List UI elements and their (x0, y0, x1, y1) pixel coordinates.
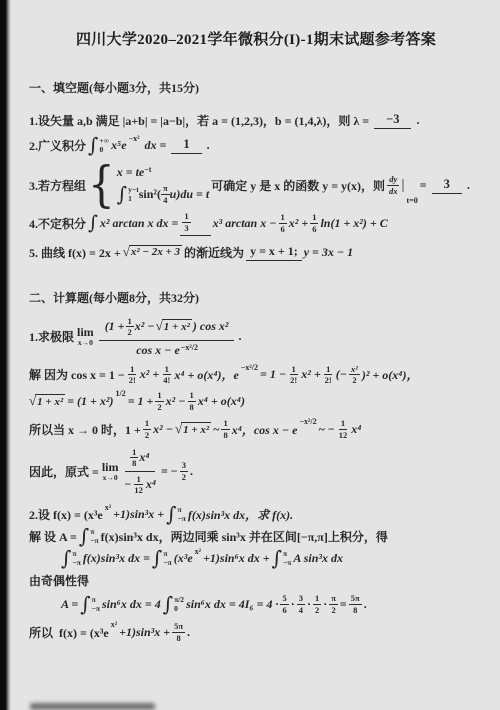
solution-1-line-1: 解 因为 cos x = 1 − 1 2! x² + 1 4! x⁴ + o(x… (28, 364, 484, 386)
term: 解 设 A = (29, 528, 77, 545)
fraction: 1 8 (188, 390, 196, 412)
fraction-numerator: 3 (180, 460, 188, 472)
term: x² − (135, 319, 155, 334)
exponent: −t (144, 166, 151, 174)
fraction: 1 2 (155, 390, 163, 412)
integral-sign-icon: ∫ (79, 526, 89, 546)
exponent: −x²/2 (299, 418, 316, 426)
term: x⁴ + o(x⁴)，e (174, 366, 239, 383)
fraction-numerator: π (329, 593, 338, 605)
fraction-numerator: 5π (349, 593, 362, 605)
fraction-numerator: 1 (290, 364, 298, 376)
question-3-period: . (464, 178, 470, 193)
term: = (1 + x²) (67, 394, 113, 409)
term: 2.设 f(x) = (x³e (29, 506, 103, 523)
exponent: x² (111, 621, 117, 629)
term: = 1 − (260, 367, 286, 382)
problem-1-period: . (238, 329, 241, 344)
integral-sign-icon: ∫ (80, 594, 90, 614)
term: ~ (213, 422, 219, 437)
question-3-equals: = (420, 178, 430, 193)
dot-operator: · (291, 597, 295, 612)
fraction-denominator: 2 (350, 375, 358, 386)
square-root: √ 1 + x² (175, 422, 211, 436)
fraction-numerator: dy (387, 174, 399, 186)
radicand: 1 + x² (35, 394, 65, 408)
integral-upper: y−t (128, 185, 139, 194)
system-row-1-body: x = te (117, 165, 145, 180)
fraction-numerator: 1 (155, 390, 163, 402)
fraction: 5 6 (280, 593, 288, 615)
integral-sign-icon: ∫ (88, 214, 98, 233)
solution-2-a-value: A = ∫ π−π sin⁶x dx = 4 ∫ π/20 sin⁶x dx =… (60, 593, 484, 615)
fraction: 1 6 (279, 212, 287, 234)
term: A = (61, 597, 78, 612)
integral-upper: π (72, 549, 80, 558)
term: x⁴ (351, 422, 361, 437)
question-2-text: 2.广义积分 (29, 137, 86, 154)
exponent: 1/2 (115, 390, 125, 398)
integral-limits: π−π (90, 527, 98, 546)
integral-sign-icon: ∫ (117, 184, 127, 204)
solution-2-parity-note: 由奇偶性得 (28, 572, 484, 589)
integral: ∫ π−π (61, 548, 81, 568)
term: x² + (301, 367, 320, 382)
solution-2-equation: ∫ π−π f(x)sin³x dx = ∫ π−π (x³e x² +1)si… (60, 548, 484, 568)
fraction: 5π 8 (349, 593, 362, 615)
integral-upper: π (178, 505, 186, 514)
problem-1: 1.求极限 lim x→0 (1 + 1 2 x² − √ 1 + x² ) c… (28, 316, 484, 358)
question-3-text: 3.若方程组 (29, 177, 86, 194)
scan-artifact-smudge (30, 703, 155, 710)
term: cos x − e (136, 343, 180, 358)
fraction: 1 3 (182, 211, 190, 233)
fraction: 1 2! (288, 364, 299, 386)
question-4-term-2: x² + (289, 216, 308, 231)
integral: ∫ y−t1 (117, 184, 139, 204)
integral-sign-icon: ∫ (163, 594, 173, 614)
term: f(x)sin³x dx，两边同乘 sin³x 并在区间[−π,π]上积分，得 (101, 528, 388, 545)
solution-1-line-3: 所以当 x → 0 时，1 + 1 2 x² − √ 1 + x² ~ 1 8 … (28, 418, 484, 440)
fraction-numerator: 1 (279, 212, 287, 224)
integral: ∫ π−π (79, 526, 99, 546)
term: x⁴ + o(x⁴) (198, 394, 245, 409)
question-1: 1.设矢量 a,b 满足 |a+b| = |a−b|，若 a = (1,2,3)… (28, 112, 484, 129)
fraction-denominator: 4 (297, 605, 305, 616)
solution-2-line-1: 解 设 A = ∫ π−π f(x)sin³x dx，两边同乘 sin³x 并在… (28, 526, 484, 546)
radicand: 1 + x² (162, 319, 192, 333)
fraction-denominator: 2 (180, 472, 188, 483)
fraction-numerator: 1 (324, 364, 332, 376)
integral-limits: π−π (92, 595, 100, 614)
problem-2: 2.设 f(x) = (x³e x² +1)sin³x + ∫ π−π f(x)… (28, 504, 484, 524)
term: ~ − (319, 422, 335, 437)
limit: lim x→0 (77, 326, 94, 347)
evaluation-bar-icon: | (402, 177, 405, 194)
system-row-2-du: du = t (180, 187, 209, 202)
exponent: −x² (129, 135, 140, 143)
system-row-1: x = te −t (117, 165, 209, 180)
system-row-2-sin: sin²( (139, 187, 161, 202)
term: x⁴，cos x − e (232, 421, 298, 438)
term: (− (336, 367, 347, 382)
fraction-denominator: 8 (221, 430, 229, 441)
term: x² − (166, 394, 186, 409)
integral: ∫ +∞0 (88, 135, 109, 155)
term: +1)sin³x + (119, 625, 170, 640)
fraction-numerator: 5 (280, 593, 288, 605)
integral: ∫ π−π (152, 548, 172, 568)
question-5-answer-blank: y = x + 1; (246, 244, 302, 261)
fraction: 1 8 (221, 418, 229, 440)
integral-upper: +∞ (99, 136, 109, 145)
question-1-answer-blank: −3 (374, 112, 411, 129)
page-left-dark-edge (0, 0, 11, 710)
system-row-2: ∫ y−t1 sin²( π 4 u) du = t (117, 183, 209, 205)
question-4-term-1: x³ arctan x − (213, 216, 277, 231)
fraction: 1 2 (126, 316, 134, 338)
term: − (125, 477, 132, 492)
term: +1)sin⁶x dx + (203, 551, 270, 566)
integral-limits: π−π (178, 505, 186, 524)
term: )² + o(x⁴)， (362, 366, 419, 383)
fraction-denominator: 8 (351, 605, 359, 616)
fraction-numerator: 1 (134, 474, 142, 486)
integral-limits: y−t1 (128, 185, 139, 204)
system-row-2-u: u) (170, 187, 181, 202)
fraction: 1 2! (127, 364, 138, 386)
term: 所以 f(x) = (x³e (29, 624, 109, 641)
integral-lower: −π (163, 558, 171, 567)
limit: lim x→0 (102, 461, 119, 482)
exponent: −x²/2 (241, 364, 258, 372)
question-4: 4.不定积分 ∫ x² arctan x dx = 1 3 x³ arctan … (28, 211, 484, 235)
term: = 1 + (128, 394, 154, 409)
fraction-numerator: 1 (188, 390, 196, 402)
limit-subscript: x→0 (78, 339, 93, 347)
limit-subscript: x→0 (103, 474, 118, 482)
fraction-denominator: 2 (155, 402, 163, 413)
integral-limits: π−π (283, 549, 291, 568)
fraction-denominator: 6 (279, 224, 287, 235)
integral-lower: −π (178, 514, 186, 523)
fraction-numerator: 1 (163, 364, 171, 376)
derivative-fraction: dy dx (387, 174, 400, 196)
term: A sin³x dx (293, 551, 343, 566)
fraction-denominator: 2 (329, 605, 337, 616)
question-2-answer-blank: 1 (171, 137, 201, 154)
question-4-answer-underline: 1 3 (180, 211, 210, 235)
fraction-numerator: 1 (339, 418, 347, 430)
limit-symbol: lim (77, 326, 94, 338)
integral: ∫ π−π (80, 594, 100, 614)
fraction-numerator: 1 (310, 212, 318, 224)
document-title: 四川大学2020–2021学年微积分(I)-1期末试题参考答案 (28, 28, 484, 49)
integral-limits: +∞0 (99, 136, 109, 155)
question-5: 5. 曲线 f(x) = 2x + √ x² − 2x + 3 的渐近线为 y … (28, 244, 484, 261)
fraction-numerator: x² (349, 364, 360, 376)
term: ) cos x² (193, 319, 229, 334)
integral-sign-icon: ∫ (166, 504, 176, 524)
integral-sign-icon: ∫ (61, 548, 71, 568)
question-4-text: 4.不定积分 (29, 215, 86, 232)
integral-upper: π (163, 549, 171, 558)
fraction-denominator: 2! (288, 375, 299, 386)
display-fraction-numerator: 1 8 x⁴ (125, 447, 155, 472)
display-fraction-numerator: (1 + 1 2 x² − √ 1 + x² ) cos x² (99, 316, 235, 341)
evaluation-point: t=0 (407, 197, 418, 205)
square-root: √ x² − 2x + 3 (123, 245, 182, 259)
integral-limits: π−π (72, 549, 80, 568)
exam-answer-document: 四川大学2020–2021学年微积分(I)-1期末试题参考答案 一、填空题(每小… (28, 0, 484, 644)
section-2-heading-text: 二、计算题(每小题8分，共32分) (29, 289, 199, 306)
fraction: x² 2 (349, 364, 360, 386)
fraction: 1 2 (313, 593, 321, 615)
question-2-integrand: x⁵e (111, 138, 127, 153)
fraction: 1 2 (143, 418, 151, 440)
fraction: 1 4! (161, 364, 172, 386)
term: +1)sin³x + (113, 507, 164, 522)
solution-1-line-2: √ 1 + x² = (1 + x²) 1/2 = 1 + 1 2 x² − 1… (28, 390, 484, 412)
fraction-denominator: dx (387, 186, 400, 197)
fraction-denominator: 8 (174, 633, 182, 644)
fraction-numerator: 1 (313, 593, 321, 605)
parity-note-text: 由奇偶性得 (29, 572, 89, 589)
integral-lower: −π (90, 536, 98, 545)
fraction: 1 8 (130, 447, 138, 469)
term: x² − (153, 422, 173, 437)
term: (1 + (105, 319, 125, 334)
fraction: 5π 8 (172, 621, 185, 643)
term: = (340, 597, 347, 612)
term: (x³e (174, 551, 193, 566)
integral-limits: π−π (163, 549, 171, 568)
question-5-mid-text: 的渐近线为 (184, 244, 244, 261)
integral-upper: π (283, 549, 291, 558)
question-4-integrand: x² arctan x dx = (100, 216, 178, 231)
term: 因此，原式 = (29, 463, 99, 480)
integral-lower: −π (92, 604, 100, 613)
integral-lower: 0 (99, 145, 109, 154)
fraction-numerator: 3 (297, 593, 305, 605)
question-2: 2.广义积分 ∫ +∞0 x⁵e −x² dx = 1 . (28, 135, 484, 155)
period: . (187, 625, 190, 640)
square-root: √ 1 + x² (156, 319, 192, 333)
fraction-denominator: 2 (313, 605, 321, 616)
integral: ∫ π−π (166, 504, 186, 524)
term: x² + (140, 367, 159, 382)
left-brace-icon: { (88, 165, 115, 206)
display-fraction-denominator: cos x − e −x²/2 (135, 341, 198, 358)
fraction: 3 2 (180, 460, 188, 482)
fraction-numerator: 1 (221, 418, 229, 430)
square-root: √ 1 + x² (29, 394, 65, 408)
fraction-numerator: 1 (130, 447, 138, 459)
fraction: 1 12 (337, 418, 350, 440)
fraction-denominator: 8 (130, 458, 138, 469)
fraction-denominator: 2 (143, 430, 151, 441)
integral-lower: −π (283, 558, 291, 567)
dot-operator: · (323, 597, 327, 612)
question-3-answer-blank: 3 (432, 177, 462, 194)
integral-limits: π/20 (174, 595, 184, 614)
display-fraction-denominator: − 1 12 x⁴ (124, 472, 158, 496)
integral-sign-icon: ∫ (272, 548, 282, 568)
integral-upper: π (90, 527, 98, 536)
question-1-text: 1.设矢量 a,b 满足 |a+b| = |a−b|，若 a = (1,2,3)… (29, 112, 372, 129)
question-3: 3.若方程组 { x = te −t ∫ y−t1 sin²( π 4 u) d… (28, 165, 484, 205)
integral-lower: 1 (128, 194, 139, 203)
fraction: 3 4 (297, 593, 305, 615)
fraction-denominator: 4 (161, 195, 169, 206)
question-2-period: . (204, 138, 210, 153)
integral-upper: π (92, 595, 100, 604)
fraction-denominator: 6 (280, 605, 288, 616)
integral-lower: 0 (174, 604, 184, 613)
display-fraction: (1 + 1 2 x² − √ 1 + x² ) cos x² cos x − … (99, 316, 235, 358)
limit-symbol: lim (102, 461, 119, 473)
fraction-denominator: 2! (127, 375, 138, 386)
radicand: 1 + x² (181, 422, 211, 436)
fraction-denominator: 8 (188, 402, 196, 413)
fraction-numerator: 5π (172, 621, 185, 633)
term: = − (161, 464, 178, 479)
term: 所以当 x → 0 时，1 + (29, 421, 141, 438)
fraction: π 2 (329, 593, 338, 615)
term: f(x)sin³x dx，求 f(x). (188, 506, 293, 523)
term: x⁴ (146, 477, 156, 492)
integral-sign-icon: ∫ (152, 548, 162, 568)
section-1-heading-text: 一、填空题(每小题3分，共15分) (29, 79, 199, 96)
fraction: π 4 (161, 183, 170, 205)
fraction-numerator: 1 (126, 316, 134, 328)
term: sin⁶x dx = 4 (102, 597, 161, 612)
exponent: −x²/2 (181, 344, 198, 352)
fraction-denominator: 12 (132, 485, 145, 496)
period: . (190, 464, 193, 479)
display-fraction: 1 8 x⁴ − 1 12 x⁴ (124, 447, 158, 497)
term: x⁴ (139, 450, 149, 465)
fraction-numerator: 1 (143, 418, 151, 430)
question-4-term-3: ln(1 + x²) + C (320, 216, 387, 231)
question-2-dx: dx = (142, 138, 170, 153)
integral: ∫ π/20 (163, 594, 184, 614)
fraction-denominator: 3 (182, 223, 190, 234)
fraction-denominator: 4! (161, 375, 172, 386)
radicand: x² − 2x + 3 (129, 245, 182, 259)
fraction: 1 2! (323, 364, 334, 386)
fraction-denominator: 2 (126, 327, 134, 338)
question-1-period: . (413, 113, 419, 128)
integral-lower: −π (72, 558, 80, 567)
integral-sign-icon: ∫ (88, 135, 98, 155)
solution-1-line-4: 因此，原式 = lim x→0 1 8 x⁴ − 1 12 x⁴ = − (28, 447, 484, 497)
question-5-answer-2: y = 3x − 1 (304, 245, 353, 260)
fraction-denominator: 6 (310, 224, 318, 235)
integral: ∫ π−π (272, 548, 292, 568)
question-5-text: 5. 曲线 f(x) = 2x + (29, 244, 121, 261)
fraction-numerator: 1 (128, 364, 136, 376)
integral-upper: π/2 (174, 595, 184, 604)
equation-system: x = te −t ∫ y−t1 sin²( π 4 u) du = t (117, 165, 209, 205)
term: 解 因为 cos x = 1 − (29, 366, 125, 383)
fraction-numerator: π (161, 183, 170, 195)
section-1-heading: 一、填空题(每小题3分，共15分) (28, 79, 484, 96)
fraction: 1 6 (310, 212, 318, 234)
dot-operator: · (307, 597, 311, 612)
problem-1-text: 1.求极限 (29, 328, 74, 345)
exponent: x² (195, 548, 201, 556)
term: f(x)sin³x dx = (83, 551, 150, 566)
fraction-denominator: 12 (337, 430, 350, 441)
question-3-mid-text: 可确定 y 是 x 的函数 y = y(x)，则 (211, 177, 385, 194)
section-2-heading: 二、计算题(每小题8分，共32分) (28, 289, 484, 306)
fraction-denominator: 2! (323, 375, 334, 386)
solution-2-final-answer: 所以 f(x) = (x³e x² +1)sin³x + 5π 8 . (28, 621, 484, 643)
term: sin⁶x dx = 4I₆ = 4 · (186, 597, 278, 612)
period: . (364, 597, 367, 612)
fraction: 1 12 (132, 474, 145, 496)
exponent: x² (105, 504, 111, 512)
fraction-numerator: 1 (182, 211, 190, 223)
